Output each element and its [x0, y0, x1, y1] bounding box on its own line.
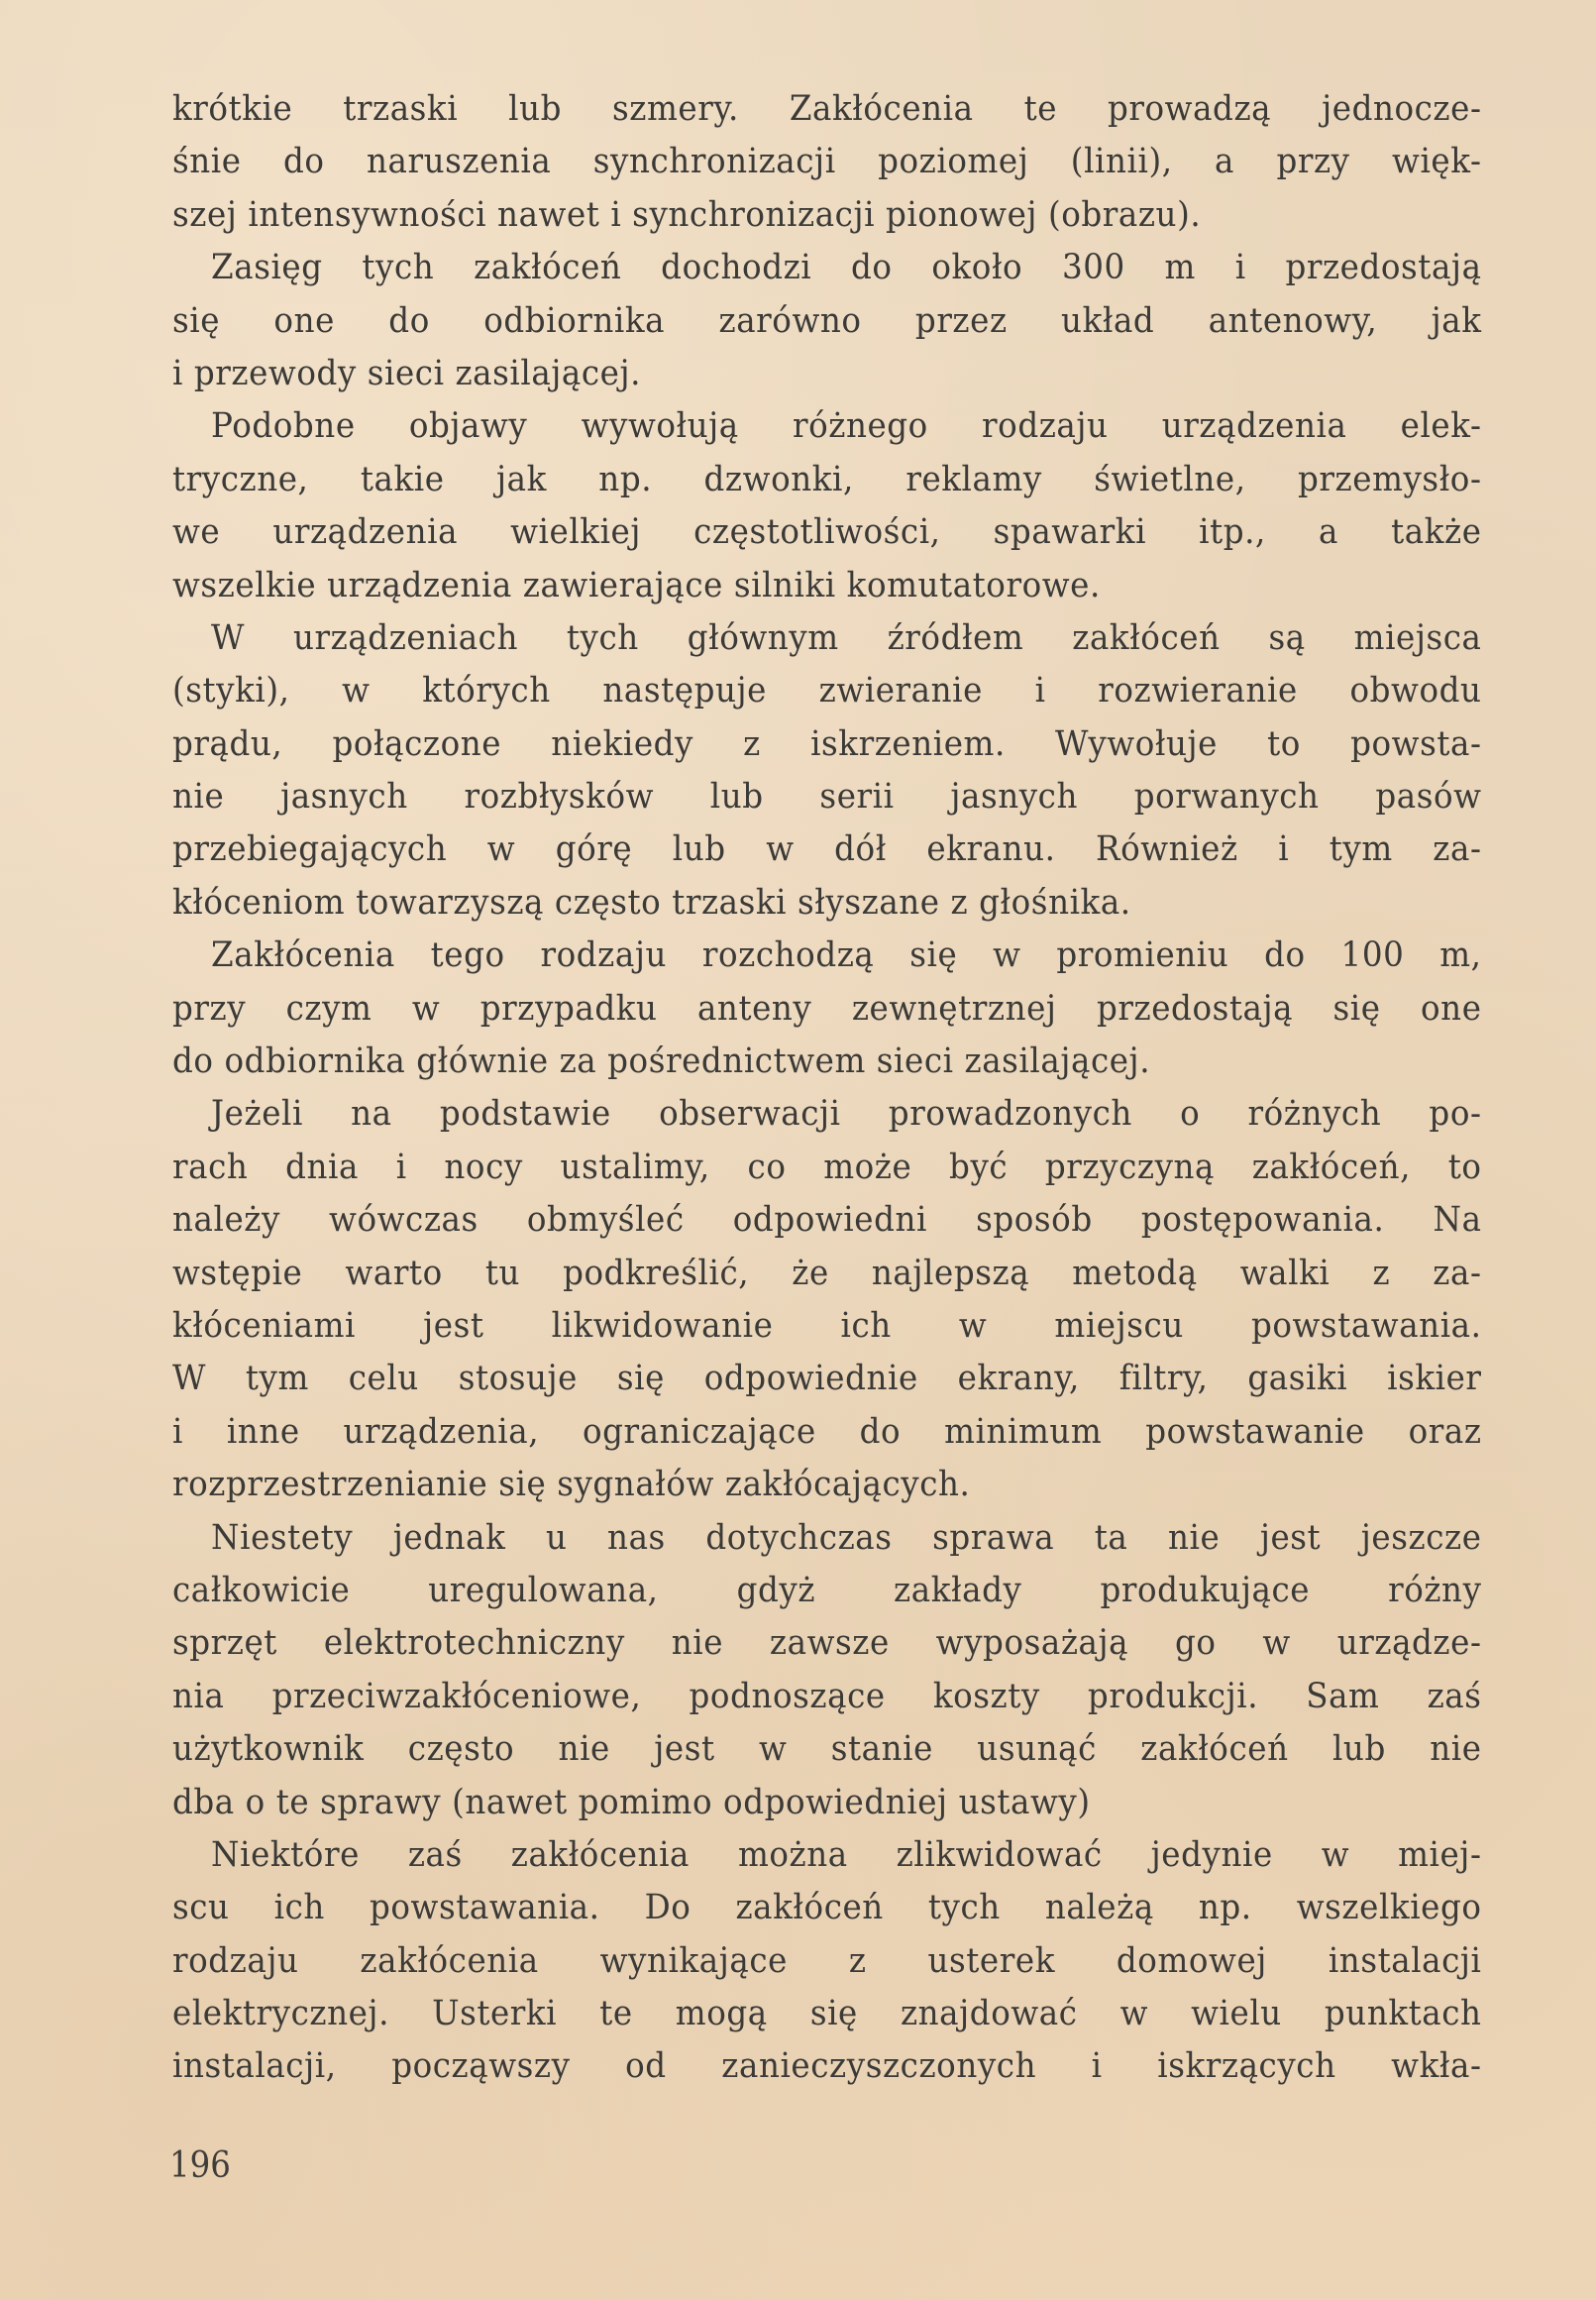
paragraph-8: Niektóre zaś zakłócenia można zlikwidowa… [172, 1829, 1482, 2094]
paragraph-5: Zakłócenia tego rodzaju rozchodzą się w … [172, 930, 1482, 1088]
text-line: użytkownik często nie jest w stanie usun… [172, 1723, 1482, 1776]
text-line: kłóceniami jest likwidowanie ich w miejs… [172, 1300, 1482, 1353]
paragraph-1: krótkie trzaski lub szmery. Zakłócenia t… [172, 83, 1482, 242]
text-line: do odbiornika głównie za pośrednictwem s… [172, 1036, 1482, 1088]
text-line: Jeżeli na podstawie obserwacji prowadzon… [172, 1088, 1482, 1141]
text-line: i przewody sieci zasilającej. [172, 348, 1482, 400]
text-line: rozprzestrzenianie się sygnałów zakłócaj… [172, 1459, 1482, 1511]
page-number: 196 [169, 2144, 231, 2188]
text-line: we urządzenia wielkiej częstotliwości, s… [172, 506, 1482, 559]
text-line: nia przeciwzakłóceniowe, podnoszące kosz… [172, 1671, 1482, 1723]
text-line: szej intensywności nawet i synchronizacj… [172, 189, 1482, 242]
paragraph-2: Zasięg tych zakłóceń dochodzi do około 3… [172, 242, 1482, 400]
text-line: nie jasnych rozbłysków lub serii jasnych… [172, 771, 1482, 823]
text-line: (styki), w których następuje zwieranie i… [172, 665, 1482, 717]
text-line: dba o te sprawy (nawet pomimo odpowiedni… [172, 1777, 1482, 1829]
text-line: i inne urządzenia, ograniczające do mini… [172, 1406, 1482, 1459]
text-line: scu ich powstawania. Do zakłóceń tych na… [172, 1882, 1482, 1934]
paragraph-7: Niestety jednak u nas dotychczas sprawa … [172, 1512, 1482, 1829]
paragraph-6: Jeżeli na podstawie obserwacji prowadzon… [172, 1088, 1482, 1511]
text-line: całkowicie uregulowana, gdyż zakłady pro… [172, 1565, 1482, 1617]
text-line: wstępie warto tu podkreślić, że najlepsz… [172, 1248, 1482, 1300]
text-line: kłóceniom towarzyszą często trzaski słys… [172, 877, 1482, 930]
text-line: tryczne, takie jak np. dzwonki, reklamy … [172, 454, 1482, 506]
text-line: sprzęt elektrotechniczny nie zawsze wypo… [172, 1617, 1482, 1670]
text-line: W tym celu stosuje się odpowiednie ekran… [172, 1353, 1482, 1405]
text-line: Niektóre zaś zakłócenia można zlikwidowa… [172, 1829, 1482, 1882]
text-line: Zasięg tych zakłóceń dochodzi do około 3… [172, 242, 1482, 294]
text-line: przy czym w przypadku anteny zewnętrznej… [172, 983, 1482, 1036]
book-page: krótkie trzaski lub szmery. Zakłócenia t… [0, 0, 1596, 2300]
text-line: się one do odbiornika zarówno przez ukła… [172, 295, 1482, 348]
text-line: rach dnia i nocy ustalimy, co może być p… [172, 1142, 1482, 1194]
text-line: należy wówczas obmyśleć odpowiedni sposó… [172, 1194, 1482, 1247]
text-line: elektrycznej. Usterki te mogą się znajdo… [172, 1988, 1482, 2040]
paragraph-3: Podobne objawy wywołują różnego rodzaju … [172, 400, 1482, 612]
text-line: przebiegających w górę lub w dół ekranu.… [172, 823, 1482, 876]
text-line: śnie do naruszenia synchronizacji poziom… [172, 136, 1482, 188]
text-line: Niestety jednak u nas dotychczas sprawa … [172, 1512, 1482, 1565]
text-line: prądu, połączone niekiedy z iskrzeniem. … [172, 718, 1482, 771]
text-line: Zakłócenia tego rodzaju rozchodzą się w … [172, 930, 1482, 982]
text-line: instalacji, począwszy od zanieczyszczony… [172, 2040, 1482, 2093]
text-line: Podobne objawy wywołują różnego rodzaju … [172, 400, 1482, 453]
text-line: W urządzeniach tych głównym źródłem zakł… [172, 612, 1482, 665]
text-line: krótkie trzaski lub szmery. Zakłócenia t… [172, 83, 1482, 136]
text-line: wszelkie urządzenia zawierające silniki … [172, 560, 1482, 612]
body-text: krótkie trzaski lub szmery. Zakłócenia t… [172, 83, 1482, 2094]
text-line: rodzaju zakłócenia wynikające z usterek … [172, 1935, 1482, 1988]
paragraph-4: W urządzeniach tych głównym źródłem zakł… [172, 612, 1482, 930]
